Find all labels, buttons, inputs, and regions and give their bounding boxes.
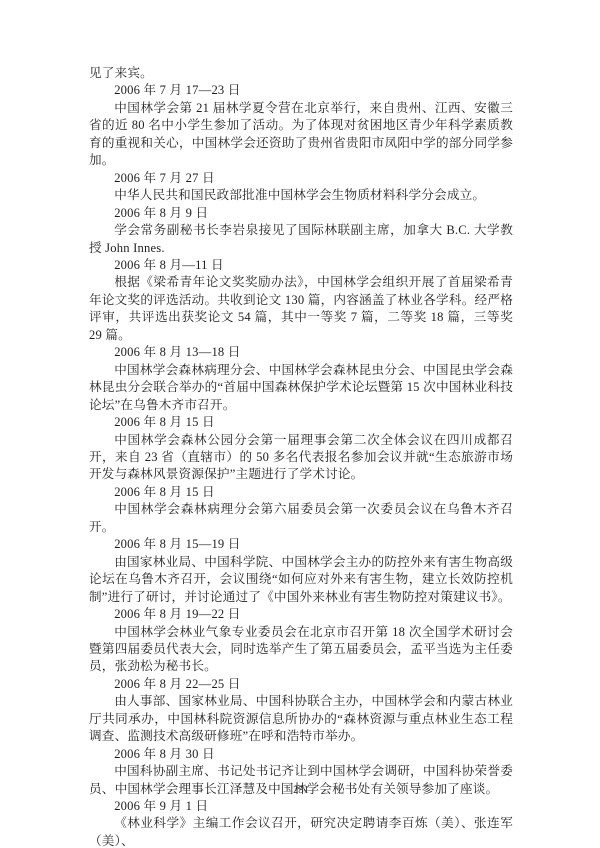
entry-date: 2006 年 8 月 19—22 日: [89, 606, 513, 623]
entry-text: 《林业科学》主编工作会议召开，研究决定聘请李百炼（美）、张连军（美）、: [89, 815, 513, 848]
entry-text: 中华人民共和国民政部批准中国林学会生物质材料科学分会成立。: [89, 187, 513, 204]
entry-date: 2006 年 8 月 22—25 日: [89, 676, 513, 693]
entry-date: 2006 年 8 月 9 日: [89, 205, 513, 222]
chronicle-entry: 2006 年 8 月 15 日 中国林学会森林病理分会第六届委员会第一次委员会议…: [89, 484, 513, 536]
chronicle-entry: 2006 年 8 月 22—25 日 由人事部、国家林业局、中国科协联合主办，中…: [89, 676, 513, 746]
continuation-paragraph: 见了来宾。: [89, 65, 513, 82]
entry-text: 由人事部、国家林业局、中国科协联合主办，中国林学会和内蒙古林业厅共同承办，中国林…: [89, 693, 513, 745]
entry-date: 2006 年 8 月 30 日: [89, 746, 513, 763]
chronicle-entry: 2006 年 9 月 1 日 《林业科学》主编工作会议召开，研究决定聘请李百炼（…: [89, 798, 513, 848]
chronicle-entry: 2006 年 8 月—11 日 根据《梁希青年论文奖奖励办法》，中国林学会组织开…: [89, 257, 513, 344]
entry-text: 中国林学会第 21 届林学夏令营在北京举行，来自贵州、江西、安徽三省的近 80 …: [89, 100, 513, 170]
entry-date: 2006 年 8 月 15 日: [89, 484, 513, 501]
entry-date: 2006 年 8 月 15 日: [89, 414, 513, 431]
page-body: 见了来宾。 2006 年 7 月 17—23 日 中国林学会第 21 届林学夏令…: [89, 65, 513, 848]
entry-text: 中国林学会林业气象专业委员会在北京市召开第 18 次全国学术研讨会暨第四届委员代…: [89, 624, 513, 676]
entry-text: 中国林学会森林病理分会第六届委员会第一次委员会议在乌鲁木齐召开。: [89, 501, 513, 536]
entry-date: 2006 年 8 月 15—19 日: [89, 536, 513, 553]
entry-date: 2006 年 8 月—11 日: [89, 257, 513, 274]
entry-text: 由国家林业局、中国科学院、中国林学会主办的防控外来有害生物高级论坛在乌鲁木齐召开…: [89, 554, 513, 606]
chronicle-entry: 2006 年 7 月 17—23 日 中国林学会第 21 届林学夏令营在北京举行…: [89, 82, 513, 169]
document-page: 见了来宾。 2006 年 7 月 17—23 日 中国林学会第 21 届林学夏令…: [0, 0, 600, 848]
chronicle-entry: 2006 年 8 月 19—22 日 中国林学会林业气象专业委员会在北京市召开第…: [89, 606, 513, 676]
page-number: 251: [89, 785, 513, 796]
entry-date: 2006 年 7 月 17—23 日: [89, 82, 513, 99]
chronicle-entry: 2006 年 8 月 13—18 日 中国林学会森林病理分会、中国林学会森林昆虫…: [89, 344, 513, 414]
entry-text: 中国林学会森林病理分会、中国林学会森林昆虫分会、中国昆虫学会森林昆虫分会联合举办…: [89, 362, 513, 414]
chronicle-entry: 2006 年 7 月 27 日 中华人民共和国民政部批准中国林学会生物质材料科学…: [89, 170, 513, 205]
entry-date: 2006 年 9 月 1 日: [89, 798, 513, 815]
entry-text: 学会常务副秘书长李岩泉接见了国际林联副主席，加拿大 B.C. 大学教授 John…: [89, 222, 513, 257]
chronicle-entry: 2006 年 8 月 9 日 学会常务副秘书长李岩泉接见了国际林联副主席，加拿大…: [89, 205, 513, 257]
entry-date: 2006 年 8 月 13—18 日: [89, 344, 513, 361]
chronicle-entry: 2006 年 8 月 15 日 中国林学会森林公园分会第一届理事会第二次全体会议…: [89, 414, 513, 484]
chronicle-entry: 2006 年 8 月 15—19 日 由国家林业局、中国科学院、中国林学会主办的…: [89, 536, 513, 606]
entry-date: 2006 年 7 月 27 日: [89, 170, 513, 187]
entry-text: 根据《梁希青年论文奖奖励办法》，中国林学会组织开展了首届梁希青年论文奖的评选活动…: [89, 274, 513, 344]
entry-text: 中国林学会森林公园分会第一届理事会第二次全体会议在四川成都召开，来自 23 省（…: [89, 432, 513, 484]
